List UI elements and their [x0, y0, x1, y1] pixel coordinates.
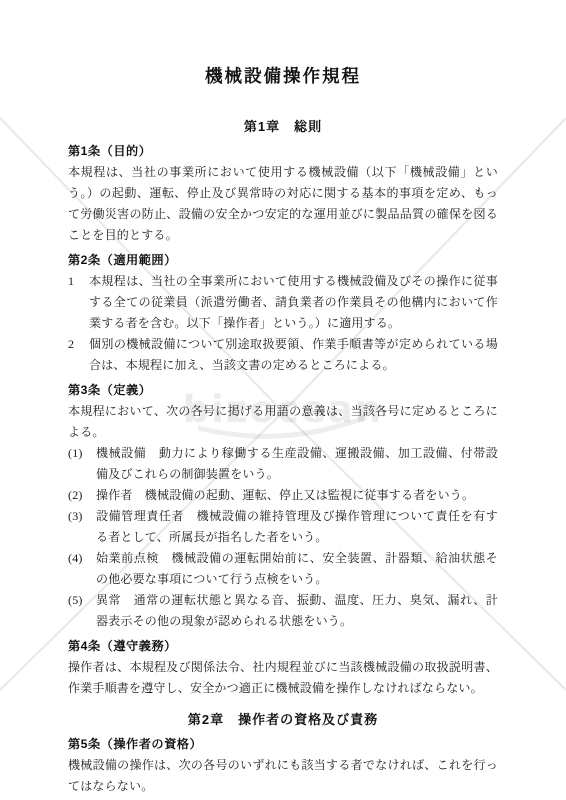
- item-text: 始業前点検 機械設備の運転開始前に、安全装置、計器類、給油状態その他必要な事項に…: [96, 548, 498, 590]
- item-text: 機械設備 動力により稼働する生産設備、運搬設備、加工設備、付帯設備及びこれらの制…: [96, 443, 498, 485]
- document-page: bizocean 機械設備操作規程 第1章 総則第1条（目的）本規程は、当社の事…: [0, 0, 566, 800]
- item-text: 個別の機械設備について別途取扱要領、作業手順書等が定められている場合は、本規程に…: [89, 334, 498, 376]
- article: 第2条（適用範囲）1本規程は、当社の全事業所において使用する機械設備及びその操作…: [68, 250, 498, 376]
- paragraph: 操作者は、本規程及び関係法令、社内規程並びに当該機械設備の取扱説明書、作業手順書…: [68, 657, 498, 699]
- list-item: (4)始業前点検 機械設備の運転開始前に、安全装置、計器類、給油状態その他必要な…: [68, 548, 498, 590]
- article: 第4条（遵守義務）操作者は、本規程及び関係法令、社内規程並びに当該機械設備の取扱…: [68, 636, 498, 699]
- article-heading: 第2条（適用範囲）: [68, 250, 498, 271]
- item-marker: (5): [68, 590, 83, 611]
- item-marker: 1: [68, 271, 74, 292]
- item-text: 操作者 機械設備の起動、運転、停止又は監視に従事する者をいう。: [96, 485, 498, 506]
- list-item: (3)設備管理責任者 機械設備の維持管理及び操作管理について責任を有する者として…: [68, 506, 498, 548]
- chapter-heading: 第1章 総則: [68, 116, 498, 137]
- article: 第1条（目的）本規程は、当社の事業所において使用する機械設備（以下「機械設備」と…: [68, 141, 498, 246]
- item-text: 本規程は、当社の全事業所において使用する機械設備及びその操作に従事する全ての従業…: [89, 271, 498, 334]
- article-heading: 第1条（目的）: [68, 141, 498, 162]
- item-marker: (1): [68, 443, 83, 464]
- item-text: 設備管理責任者 機械設備の維持管理及び操作管理について責任を有する者として、所属…: [96, 506, 498, 548]
- document-content: 機械設備操作規程 第1章 総則第1条（目的）本規程は、当社の事業所において使用す…: [68, 64, 498, 797]
- list-item: (1)機械設備 動力により稼働する生産設備、運搬設備、加工設備、付帯設備及びこれ…: [68, 443, 498, 485]
- article-heading: 第4条（遵守義務）: [68, 636, 498, 657]
- page-title: 機械設備操作規程: [68, 64, 498, 88]
- article-heading: 第5条（操作者の資格）: [68, 734, 498, 755]
- paragraph: 機械設備の操作は、次の各号のいずれにも該当する者でなければ、これを行ってはならな…: [68, 755, 498, 797]
- item-marker: (4): [68, 548, 83, 569]
- item-marker: 2: [68, 334, 74, 355]
- chapter-heading: 第2章 操作者の資格及び責務: [68, 709, 498, 730]
- chapter: 第2章 操作者の資格及び責務第5条（操作者の資格）機械設備の操作は、次の各号のい…: [68, 709, 498, 797]
- article-heading: 第3条（定義）: [68, 380, 498, 401]
- list-item: (2)操作者 機械設備の起動、運転、停止又は監視に従事する者をいう。: [68, 485, 498, 506]
- document-body: 第1章 総則第1条（目的）本規程は、当社の事業所において使用する機械設備（以下「…: [68, 116, 498, 797]
- list-item: (5)異常 通常の運転状態と異なる音、振動、温度、圧力、臭気、漏れ、計器表示その…: [68, 590, 498, 632]
- chapter: 第1章 総則第1条（目的）本規程は、当社の事業所において使用する機械設備（以下「…: [68, 116, 498, 699]
- article: 第3条（定義）本規程において、次の各号に掲げる用語の意義は、当該各号に定めるとこ…: [68, 380, 498, 632]
- item-marker: (3): [68, 506, 83, 527]
- list-item: 1本規程は、当社の全事業所において使用する機械設備及びその操作に従事する全ての従…: [68, 271, 498, 334]
- item-marker: (2): [68, 485, 83, 506]
- item-text: 異常 通常の運転状態と異なる音、振動、温度、圧力、臭気、漏れ、計器表示その他の現…: [96, 590, 498, 632]
- paragraph: 本規程は、当社の事業所において使用する機械設備（以下「機械設備」という。）の起動…: [68, 162, 498, 246]
- paragraph: 本規程において、次の各号に掲げる用語の意義は、当該各号に定めるところによる。: [68, 401, 498, 443]
- article: 第5条（操作者の資格）機械設備の操作は、次の各号のいずれにも該当する者でなければ…: [68, 734, 498, 797]
- list-item: 2個別の機械設備について別途取扱要領、作業手順書等が定められている場合は、本規程…: [68, 334, 498, 376]
